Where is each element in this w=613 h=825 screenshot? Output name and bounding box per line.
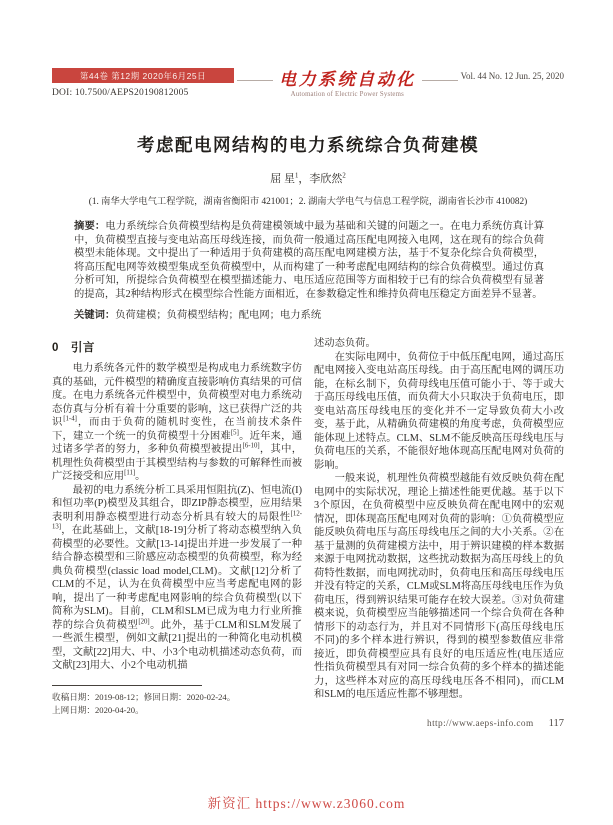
header-rule-right (422, 68, 458, 81)
abstract-text: 电力系统综合负荷模型结构是负荷建模领域中最为基础和关键的问题之一。在电力系统仿真… (74, 221, 544, 300)
footnote-block: 收稿日期：2019-08-12；修回日期：2020-02-24。 上网日期：20… (52, 685, 302, 718)
paragraph: 一般来说，机理性负荷模型越能有效反映负荷在配电网中的实际状况，理论上描述性能更优… (314, 472, 564, 702)
journal-name-cn: 电力系统自动化 (279, 65, 416, 90)
affiliation-line: (1. 南华大学电气工程学院，湖南省衡阳市 421001；2. 湖南大学电气与信… (52, 193, 564, 207)
header-rule-left (237, 68, 273, 81)
watermark-stamp: 新资汇 https://www.z3060.com (0, 792, 613, 812)
abstract-block: 摘要：电力系统综合负荷模型结构是负荷建模领域中最为基础和关键的问题之一。在电力系… (74, 220, 544, 302)
paper-page: 第44卷 第12期 2020年6月25日 DOI: 10.7500/AEPS20… (0, 0, 613, 825)
two-column-body: 0引言 电力系统各元件的数学模型是构成电力系统数字仿真的基础，元件模型的精确度直… (52, 337, 564, 731)
journal-logo: 电力系统自动化 Automation of Electric Power Sys… (276, 65, 419, 98)
section-number: 0 (52, 342, 59, 354)
received-revised-dates: 收稿日期：2019-08-12；修回日期：2020-02-24。 (52, 691, 302, 705)
journal-url: http://www.aeps-info.com (427, 719, 534, 729)
footnote-rule (52, 685, 202, 686)
paragraph: 电力系统各元件的数学模型是构成电力系统数字仿真的基础，元件模型的精确度直接影响仿… (52, 362, 302, 484)
journal-header: 第44卷 第12期 2020年6月25日 DOI: 10.7500/AEPS20… (52, 68, 564, 98)
article-title: 考虑配电网结构的电力系统综合负荷建模 (52, 132, 564, 157)
authors-line: 屈 星1，李欣然2 (52, 170, 564, 186)
abstract-label: 摘要： (74, 221, 105, 232)
issue-info-bar: 第44卷 第12期 2020年6月25日 (52, 68, 234, 83)
keywords-block: 关键词：负荷建模；负荷模型结构；配电网；电力系统 (74, 309, 544, 323)
page-number: 117 (549, 718, 564, 729)
online-date: 上网日期：2020-04-20。 (52, 704, 302, 718)
keywords-text: 负荷建模；负荷模型结构；配电网；电力系统 (115, 310, 321, 321)
left-column: 0引言 电力系统各元件的数学模型是构成电力系统数字仿真的基础，元件模型的精确度直… (52, 337, 302, 731)
header-left: 第44卷 第12期 2020年6月25日 DOI: 10.7500/AEPS20… (52, 68, 234, 98)
keywords-label: 关键词： (74, 310, 115, 321)
volume-info: Vol. 44 No. 12 Jun. 25, 2020 (461, 71, 564, 81)
paragraph: 述动态负荷。 (314, 337, 564, 351)
section-heading-intro: 0引言 (52, 339, 302, 355)
doi-text: DOI: 10.7500/AEPS20190812005 (52, 88, 234, 98)
paragraph: 在实际电网中，负荷位于中低压配电网，通过高压配电网接入变电站高压母线。由于高压配… (314, 351, 564, 473)
page-footer: http://www.aeps-info.com117 (314, 713, 564, 731)
right-column: 述动态负荷。 在实际电网中，负荷位于中低压配电网，通过高压配电网接入变电站高压母… (314, 337, 564, 731)
journal-name-en: Automation of Electric Power Systems (279, 91, 416, 98)
section-title: 引言 (71, 342, 95, 354)
paragraph: 最初的电力系统分析工具采用恒阻抗(Z)、恒电流(I)和恒功率(P)模型及其组合，… (52, 484, 302, 673)
